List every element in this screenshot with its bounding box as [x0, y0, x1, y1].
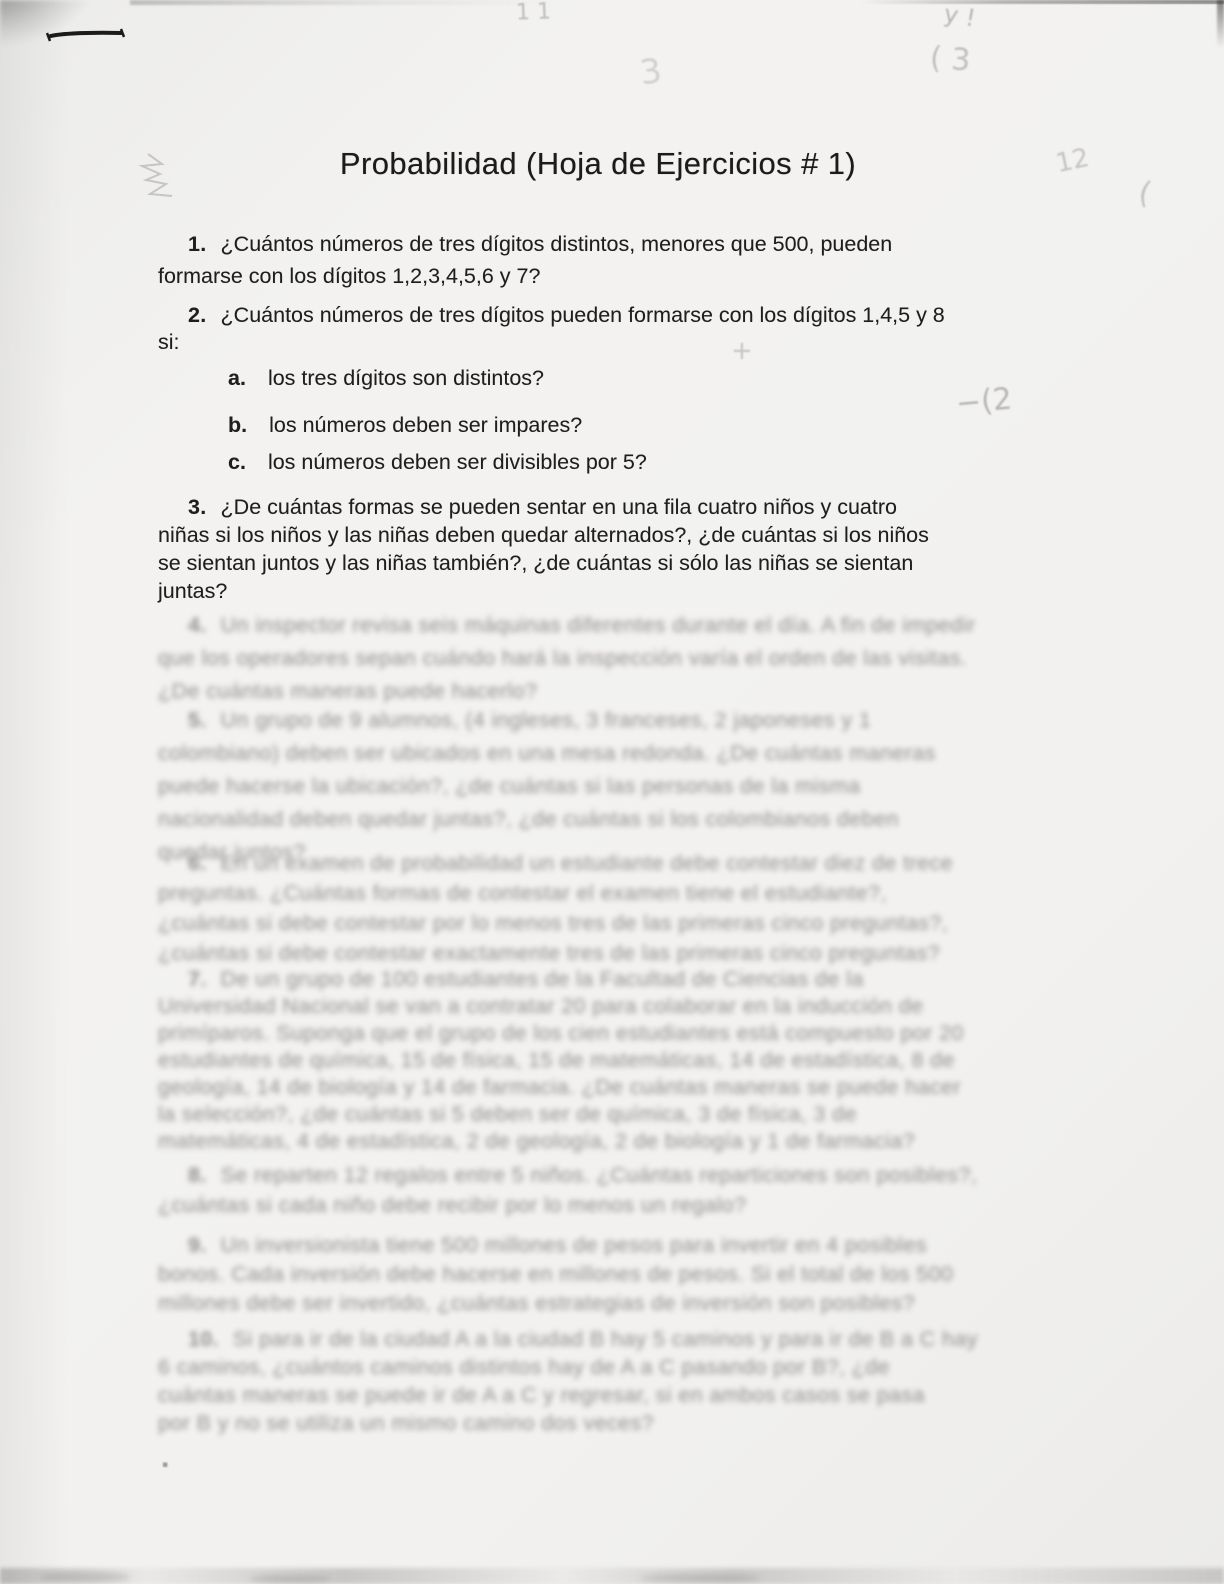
problem-text: Un grupo de 9 alumnos, (4 ingleses, 3 fr… — [158, 708, 936, 864]
staple-mark — [44, 24, 128, 46]
pencil-annotation: + — [731, 336, 753, 366]
pencil-annotation: −(2 — [955, 382, 1014, 422]
problem-9: 9.Un inversionista tiene 500 millones de… — [158, 1231, 1040, 1318]
scanned-page: Probabilidad (Hoja de Ejercicios # 1) 1.… — [0, 0, 1224, 1584]
problem-text: De un grupo de 100 estudiantes de la Fac… — [158, 967, 964, 1153]
subitem-c: c.los números deben ser divisibles por 5… — [228, 450, 988, 475]
problem-number: 9. — [188, 1233, 207, 1257]
pencil-annotation: ( 3 — [929, 41, 972, 79]
page-title: Probabilidad (Hoja de Ejercicios # 1) — [0, 146, 1210, 182]
scan-smudge — [250, 1575, 330, 1583]
problem-text: En un examen de probabilidad un estudian… — [158, 851, 953, 965]
pencil-annotation: 3 — [637, 51, 664, 94]
problem-7: 7.De un grupo de 100 estudiantes de la F… — [158, 966, 1040, 1155]
problem-text: Un inspector revisa seis máquinas difere… — [158, 613, 976, 703]
subitem-a: a.los tres dígitos son distintos? — [228, 366, 988, 391]
problem-text: Si para ir de la ciudad A a la ciudad B … — [158, 1327, 978, 1435]
problem-number: 7. — [188, 967, 207, 991]
pencil-annotation: ▪ — [162, 1460, 168, 1470]
problem-text: ¿De cuántas formas se pueden sentar en u… — [158, 495, 929, 603]
scan-smudge — [40, 1572, 130, 1582]
problem-text: ¿Cuántos números de tres dígitos distint… — [158, 232, 892, 288]
subitem-text: los números deben ser impares? — [269, 413, 582, 437]
scan-bottom-band — [0, 1568, 1224, 1584]
problem-3: 3.¿De cuántas formas se pueden sentar en… — [158, 493, 1040, 605]
problem-1: 1.¿Cuántos números de tres dígitos disti… — [158, 228, 1040, 292]
problem-6: 6.En un examen de probabilidad un estudi… — [158, 848, 1040, 968]
subitem-b: b.los números deben ser impares? — [228, 413, 988, 438]
problem-number: 4. — [188, 613, 207, 637]
problem-text: Un inversionista tiene 500 millones de p… — [158, 1233, 953, 1315]
problem-2: 2.¿Cuántos números de tres dígitos puede… — [158, 302, 1040, 356]
problem-number: 6. — [188, 851, 207, 875]
problem-10: 10.Si para ir de la ciudad A a la ciudad… — [158, 1325, 1040, 1437]
problem-8: 8.Se reparten 12 regalos entre 5 niños. … — [158, 1160, 1040, 1220]
subitem-text: los tres dígitos son distintos? — [268, 366, 544, 390]
problem-text: ¿Cuántos números de tres dígitos pueden … — [158, 303, 945, 354]
subitem-text: los números deben ser divisibles por 5? — [268, 450, 647, 474]
problem-number: 3. — [188, 495, 207, 519]
scan-edge-notch — [1217, 0, 1224, 48]
problem-number: 10. — [188, 1327, 219, 1351]
scan-edge-line — [130, 0, 550, 5]
corner-shading — [0, 0, 220, 120]
pencil-annotation: 1 1 — [516, 0, 552, 26]
problem-4: 4.Un inspector revisa seis máquinas dife… — [158, 609, 1040, 708]
subitem-label: c. — [228, 450, 246, 474]
problem-5: 5.Un grupo de 9 alumnos, (4 ingleses, 3 … — [158, 704, 1040, 869]
subitem-label: a. — [228, 366, 246, 390]
problem-text: Se reparten 12 regalos entre 5 niños. ¿C… — [158, 1163, 977, 1217]
scan-edge-line-right — [860, 0, 1224, 4]
pencil-annotation: y ! — [942, 0, 978, 33]
problem-number: 1. — [188, 232, 207, 256]
problem-number: 5. — [188, 708, 207, 732]
scan-smudge — [640, 1574, 760, 1582]
problem-number: 8. — [188, 1163, 207, 1187]
problem-number: 2. — [188, 303, 207, 327]
subitem-label: b. — [228, 413, 247, 437]
